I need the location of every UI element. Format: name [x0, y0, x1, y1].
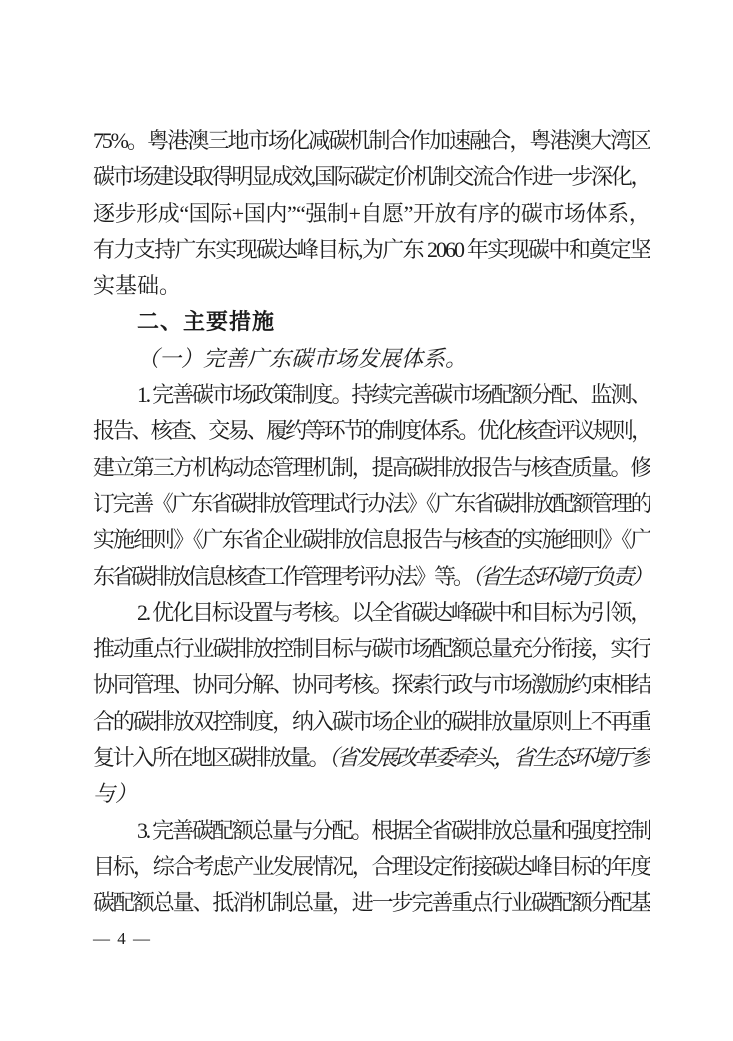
body-text-line-text: 推动重点行业碳排放控制目标与碳市场配额总量充分衔接，实行: [93, 636, 650, 661]
body-text-line-text: 75%。粤港澳三地市场化减碳机制合作加速融合，粤港澳大湾区: [93, 128, 650, 153]
body-text-line: 碳市场建设取得明显成效,国际碳定价机制交流合作进一步深化，: [93, 159, 650, 195]
body-text-line-text: 碳配额总量、抵消机制总量，进一步完善重点行业碳配额分配基: [93, 890, 650, 915]
body-text-line: 75%。粤港澳三地市场化减碳机制合作加速融合，粤港澳大湾区: [93, 123, 650, 159]
body-text-line: 与）: [93, 776, 650, 812]
body-text-line: 2. 优化目标设置与考核。以全省碳达峰碳中和目标为引领，: [93, 595, 650, 631]
body-text-line: 协同管理、协同分解、协同考核。探索行政与市场激励约束相结: [93, 667, 650, 703]
body-text-line-text: 逐步形成“国际+国内”“强制+自愿”开放有序的碳市场体系，: [93, 201, 650, 226]
body-text-line: 1. 完善碳市场政策制度。持续完善碳市场配额分配、监测、: [93, 377, 650, 413]
body-text-line: 报告、核查、交易、履约等环节的制度体系。优化核查评议规则，: [93, 413, 650, 449]
body-text-line: 有力支持广东实现碳达峰目标,为广东 2060 年实现碳中和奠定坚: [93, 232, 650, 268]
body-text-line-text: 实施细则》《广东省企业碳排放信息报告与核查的实施细则》《广: [93, 527, 650, 552]
body-text-line: 推动重点行业碳排放控制目标与碳市场配额总量充分衔接，实行: [93, 631, 650, 667]
body-text-line: 实基础。: [93, 268, 650, 304]
body-text-line-text: 与）: [93, 781, 137, 806]
body-text-line-text: 报告、核查、交易、履约等环节的制度体系。优化核查评议规则，: [93, 418, 650, 443]
body-text-line: 实施细则》《广东省企业碳排放信息报告与核查的实施细则》《广: [93, 522, 650, 558]
body-text-line-text: （省生态环境厅负责）: [472, 564, 650, 589]
body-text-line: 复计入所在地区碳排放量。（省发展改革委牵头，省生态环境厅参: [93, 740, 650, 776]
body-text-line-text: 建立第三方机构动态管理机制，提高碳排放报告与核查质量。修: [93, 455, 650, 480]
section-heading-line: 二、主要措施: [93, 304, 650, 340]
body-text-line-text: 复计入所在地区碳排放量。: [93, 745, 328, 770]
body-text-line: 逐步形成“国际+国内”“强制+自愿”开放有序的碳市场体系，: [93, 196, 650, 232]
body-text-line-text: 2. 优化目标设置与考核。以全省碳达峰碳中和目标为引领，: [137, 600, 650, 625]
body-text-line: 订完善《广东省碳排放管理试行办法》《广东省碳排放配额管理的: [93, 486, 650, 522]
body-text-line-text: 有力支持广东实现碳达峰目标,为广东 2060 年实现碳中和奠定坚: [93, 237, 650, 262]
body-text-line-text: 实基础。: [93, 273, 181, 298]
body-text-line-text: 3. 完善碳配额总量与分配。根据全省碳排放总量和强度控制: [137, 818, 650, 843]
body-text-line: 东省碳排放信息核查工作管理考评办法》等。（省生态环境厅负责）: [93, 559, 650, 595]
body-text-line: 碳配额总量、抵消机制总量，进一步完善重点行业碳配额分配基: [93, 885, 650, 921]
document-page: 75%。粤港澳三地市场化减碳机制合作加速融合，粤港澳大湾区碳市场建设取得明显成效…: [0, 0, 733, 1041]
document-text-block: 75%。粤港澳三地市场化减碳机制合作加速融合，粤港澳大湾区碳市场建设取得明显成效…: [93, 123, 650, 922]
subsection-heading-line-text: （一）完善广东碳市场发展体系。: [137, 346, 467, 371]
body-text-line-text: 合的碳排放双控制度，纳入碳市场企业的碳排放量原则上不再重: [93, 709, 650, 734]
subsection-heading-line: （一）完善广东碳市场发展体系。: [93, 341, 650, 377]
body-text-line: 建立第三方机构动态管理机制，提高碳排放报告与核查质量。修: [93, 450, 650, 486]
section-heading-line-text: 二、主要措施: [137, 309, 275, 334]
body-text-line: 3. 完善碳配额总量与分配。根据全省碳排放总量和强度控制: [93, 813, 650, 849]
body-text-line-text: 协同管理、协同分解、协同考核。探索行政与市场激励约束相结: [93, 672, 650, 697]
body-text-line-text: 东省碳排放信息核查工作管理考评办法》等。: [93, 564, 472, 589]
page-number: — 4 —: [93, 929, 152, 949]
body-text-line-text: （省发展改革委牵头，省生态环境厅参: [328, 745, 650, 770]
body-text-line-text: 目标，综合考虑产业发展情况，合理设定衔接碳达峰目标的年度: [93, 854, 650, 879]
body-text-line: 目标，综合考虑产业发展情况，合理设定衔接碳达峰目标的年度: [93, 849, 650, 885]
body-text-line-text: 碳市场建设取得明显成效,国际碳定价机制交流合作进一步深化，: [93, 164, 650, 189]
body-text-line-text: 订完善《广东省碳排放管理试行办法》《广东省碳排放配额管理的: [93, 491, 650, 516]
body-text-line: 合的碳排放双控制度，纳入碳市场企业的碳排放量原则上不再重: [93, 704, 650, 740]
body-text-line-text: 1. 完善碳市场政策制度。持续完善碳市场配额分配、监测、: [137, 382, 650, 407]
